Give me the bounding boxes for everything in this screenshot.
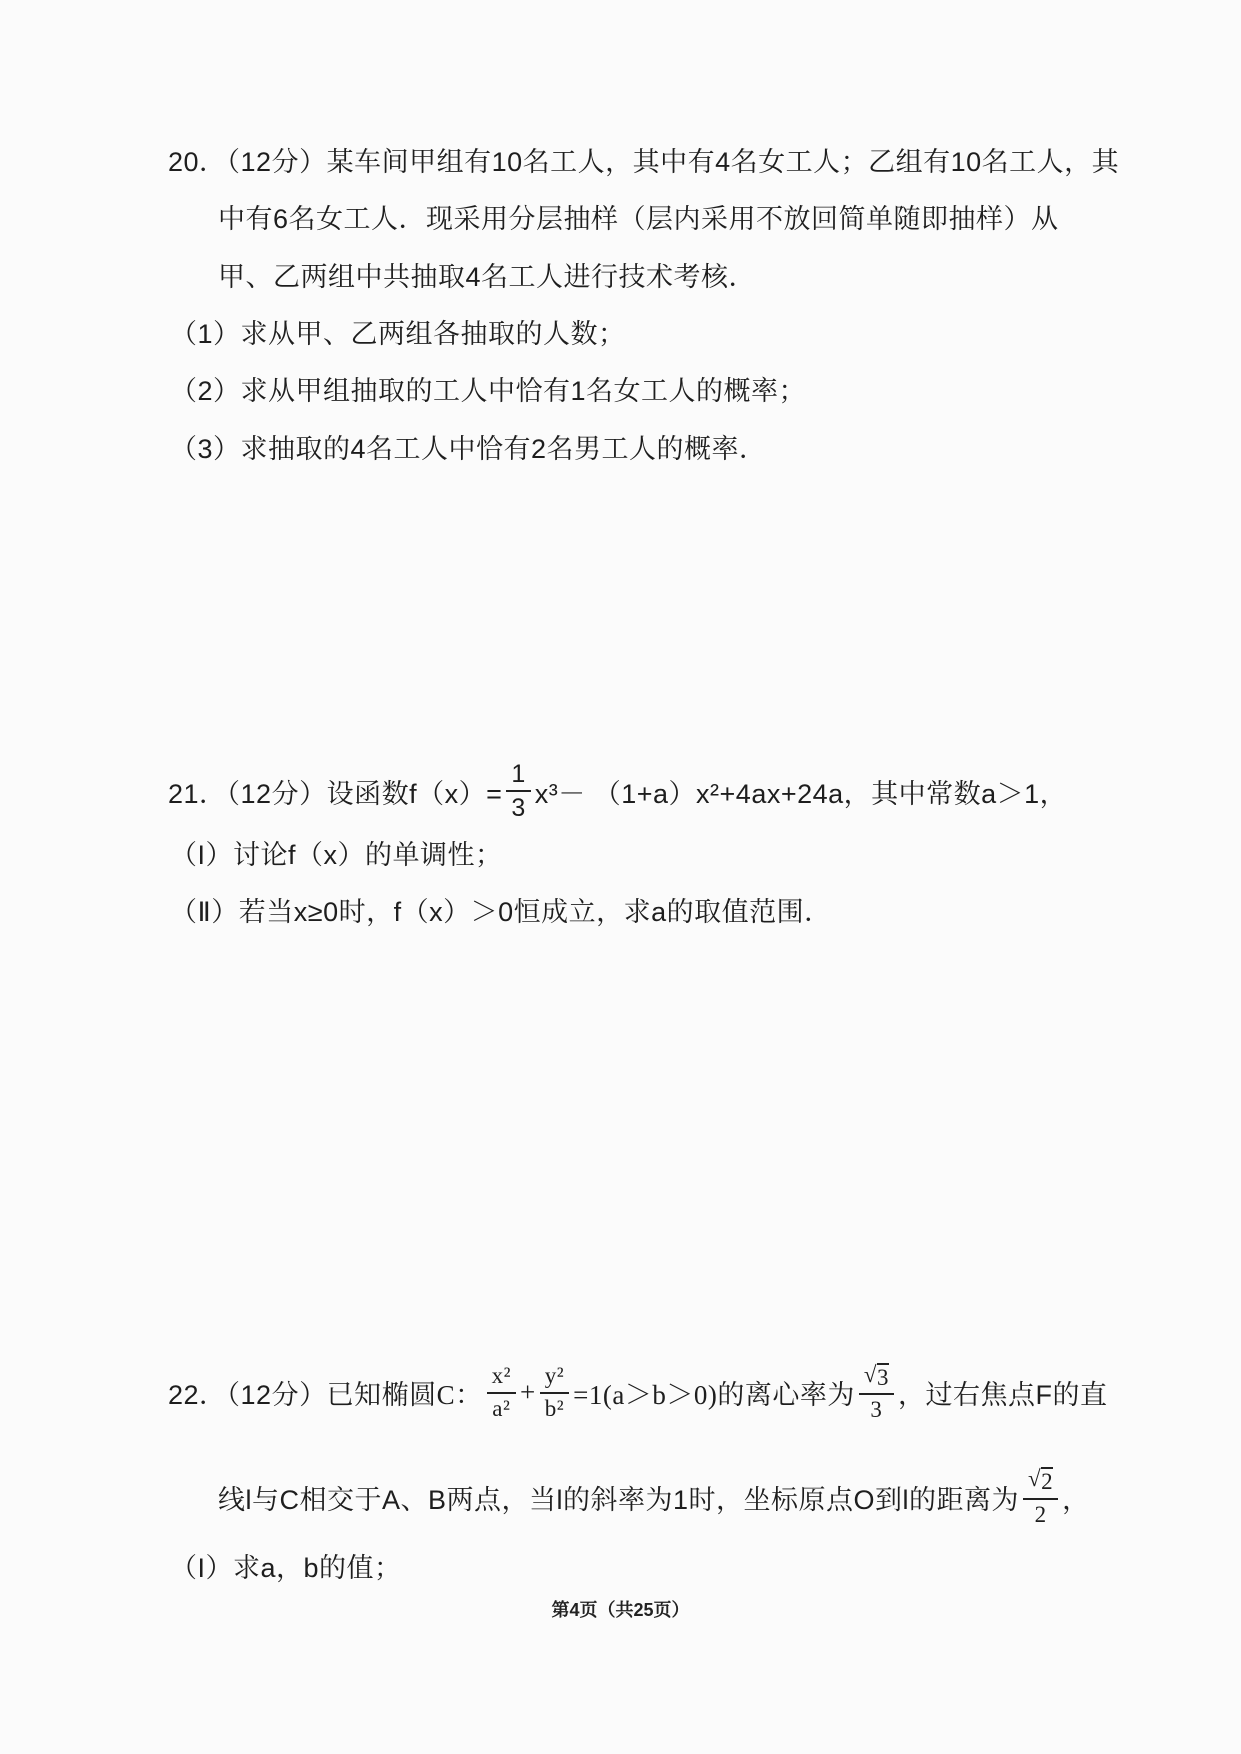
fraction-denominator: 3 (870, 1395, 882, 1422)
problem-22-eccentricity-text: 的离心率为 (717, 1373, 855, 1412)
problem-21-part-1: （I）讨论f（x）的单调性； (170, 833, 503, 872)
equation-condition: =1(a＞b＞0) (573, 1373, 717, 1412)
fraction-denominator: a² (492, 1394, 510, 1421)
fraction-x-squared-over-a-squared: x² a² (487, 1364, 516, 1420)
radicand: 3 (877, 1363, 889, 1390)
problem-21-intro-suffix: x³－ （1+a）x²+4ax+24a，其中常数a＞1， (535, 772, 1067, 811)
radicand: 2 (1041, 1467, 1053, 1494)
problem-20-question-3: （3）求抽取的4名工人中恰有2名男工人的概率． (170, 427, 767, 466)
problem-22-part-1: （I）求a，b的值； (170, 1546, 402, 1585)
problem-21-part-2: （Ⅱ）若当x≥0时，f（x）＞0恒成立，求a的取值范围． (170, 890, 832, 929)
problem-22-intro-suffix: ，过右焦点F的直 (898, 1373, 1108, 1412)
plus-sign: + (520, 1377, 536, 1408)
fraction-numerator: 1 (506, 761, 530, 792)
problem-22-line-2-suffix: ， (1062, 1478, 1090, 1517)
problem-20-question-2: （2）求从甲组抽取的工人中恰有1名女工人的概率； (170, 369, 806, 408)
fraction-denominator: 2 (1035, 1500, 1047, 1527)
radical-sign: √ (1028, 1467, 1041, 1491)
page-number-footer: 第4页（共25页） (0, 1596, 1241, 1622)
problem-20-line-1: 20．（12分）某车间甲组有10名工人，其中有4名女工人；乙组有10名工人，其 (168, 140, 1119, 179)
problem-20-line-2: 中有6名女工人．现采用分层抽样（层内采用不放回简单随即抽样）从 (218, 197, 1059, 236)
exam-paper-page: 20．（12分）某车间甲组有10名工人，其中有4名女工人；乙组有10名工人，其 … (0, 0, 1241, 1754)
fraction-numerator: y² (540, 1364, 569, 1393)
fraction-denominator: b² (545, 1394, 564, 1421)
problem-20-line-3: 甲、乙两组中共抽取4名工人进行技术考核． (218, 255, 756, 294)
fraction-sqrt3-over-3: √ 3 3 (859, 1363, 894, 1422)
problem-22-line-2: 线l与C相交于A、B两点，当l的斜率为1时，坐标原点O到l的距离为 √ 2 2 … (218, 1457, 1090, 1537)
fraction-sqrt2-over-2: √ 2 2 (1023, 1467, 1058, 1526)
problem-22-intro: 22．（12分）已知椭圆 C： x² a² + y² b² =1(a＞b＞0) … (168, 1335, 1107, 1450)
problem-21-intro: 21．（12分）设函数f（x）= 1 3 x³－ （1+a）x²+4ax+24a… (168, 745, 1067, 837)
ellipse-label: C： (437, 1373, 483, 1412)
fraction-numerator: √ 2 (1023, 1467, 1058, 1499)
fraction-numerator: x² (487, 1364, 516, 1393)
fraction-numerator: √ 3 (859, 1363, 894, 1395)
problem-22-intro-prefix: 22．（12分）已知椭圆 (168, 1373, 437, 1412)
problem-21-intro-prefix: 21．（12分）设函数f（x）= (168, 772, 502, 811)
fraction-y-squared-over-b-squared: y² b² (540, 1364, 569, 1420)
fraction-denominator: 3 (511, 792, 525, 821)
problem-22-line-2-prefix: 线l与C相交于A、B两点，当l的斜率为1时，坐标原点O到l的距离为 (218, 1478, 1019, 1517)
fraction-one-third: 1 3 (506, 761, 530, 822)
radical-sign: √ (864, 1363, 877, 1387)
problem-20-question-1: （1）求从甲、乙两组各抽取的人数； (170, 312, 626, 351)
